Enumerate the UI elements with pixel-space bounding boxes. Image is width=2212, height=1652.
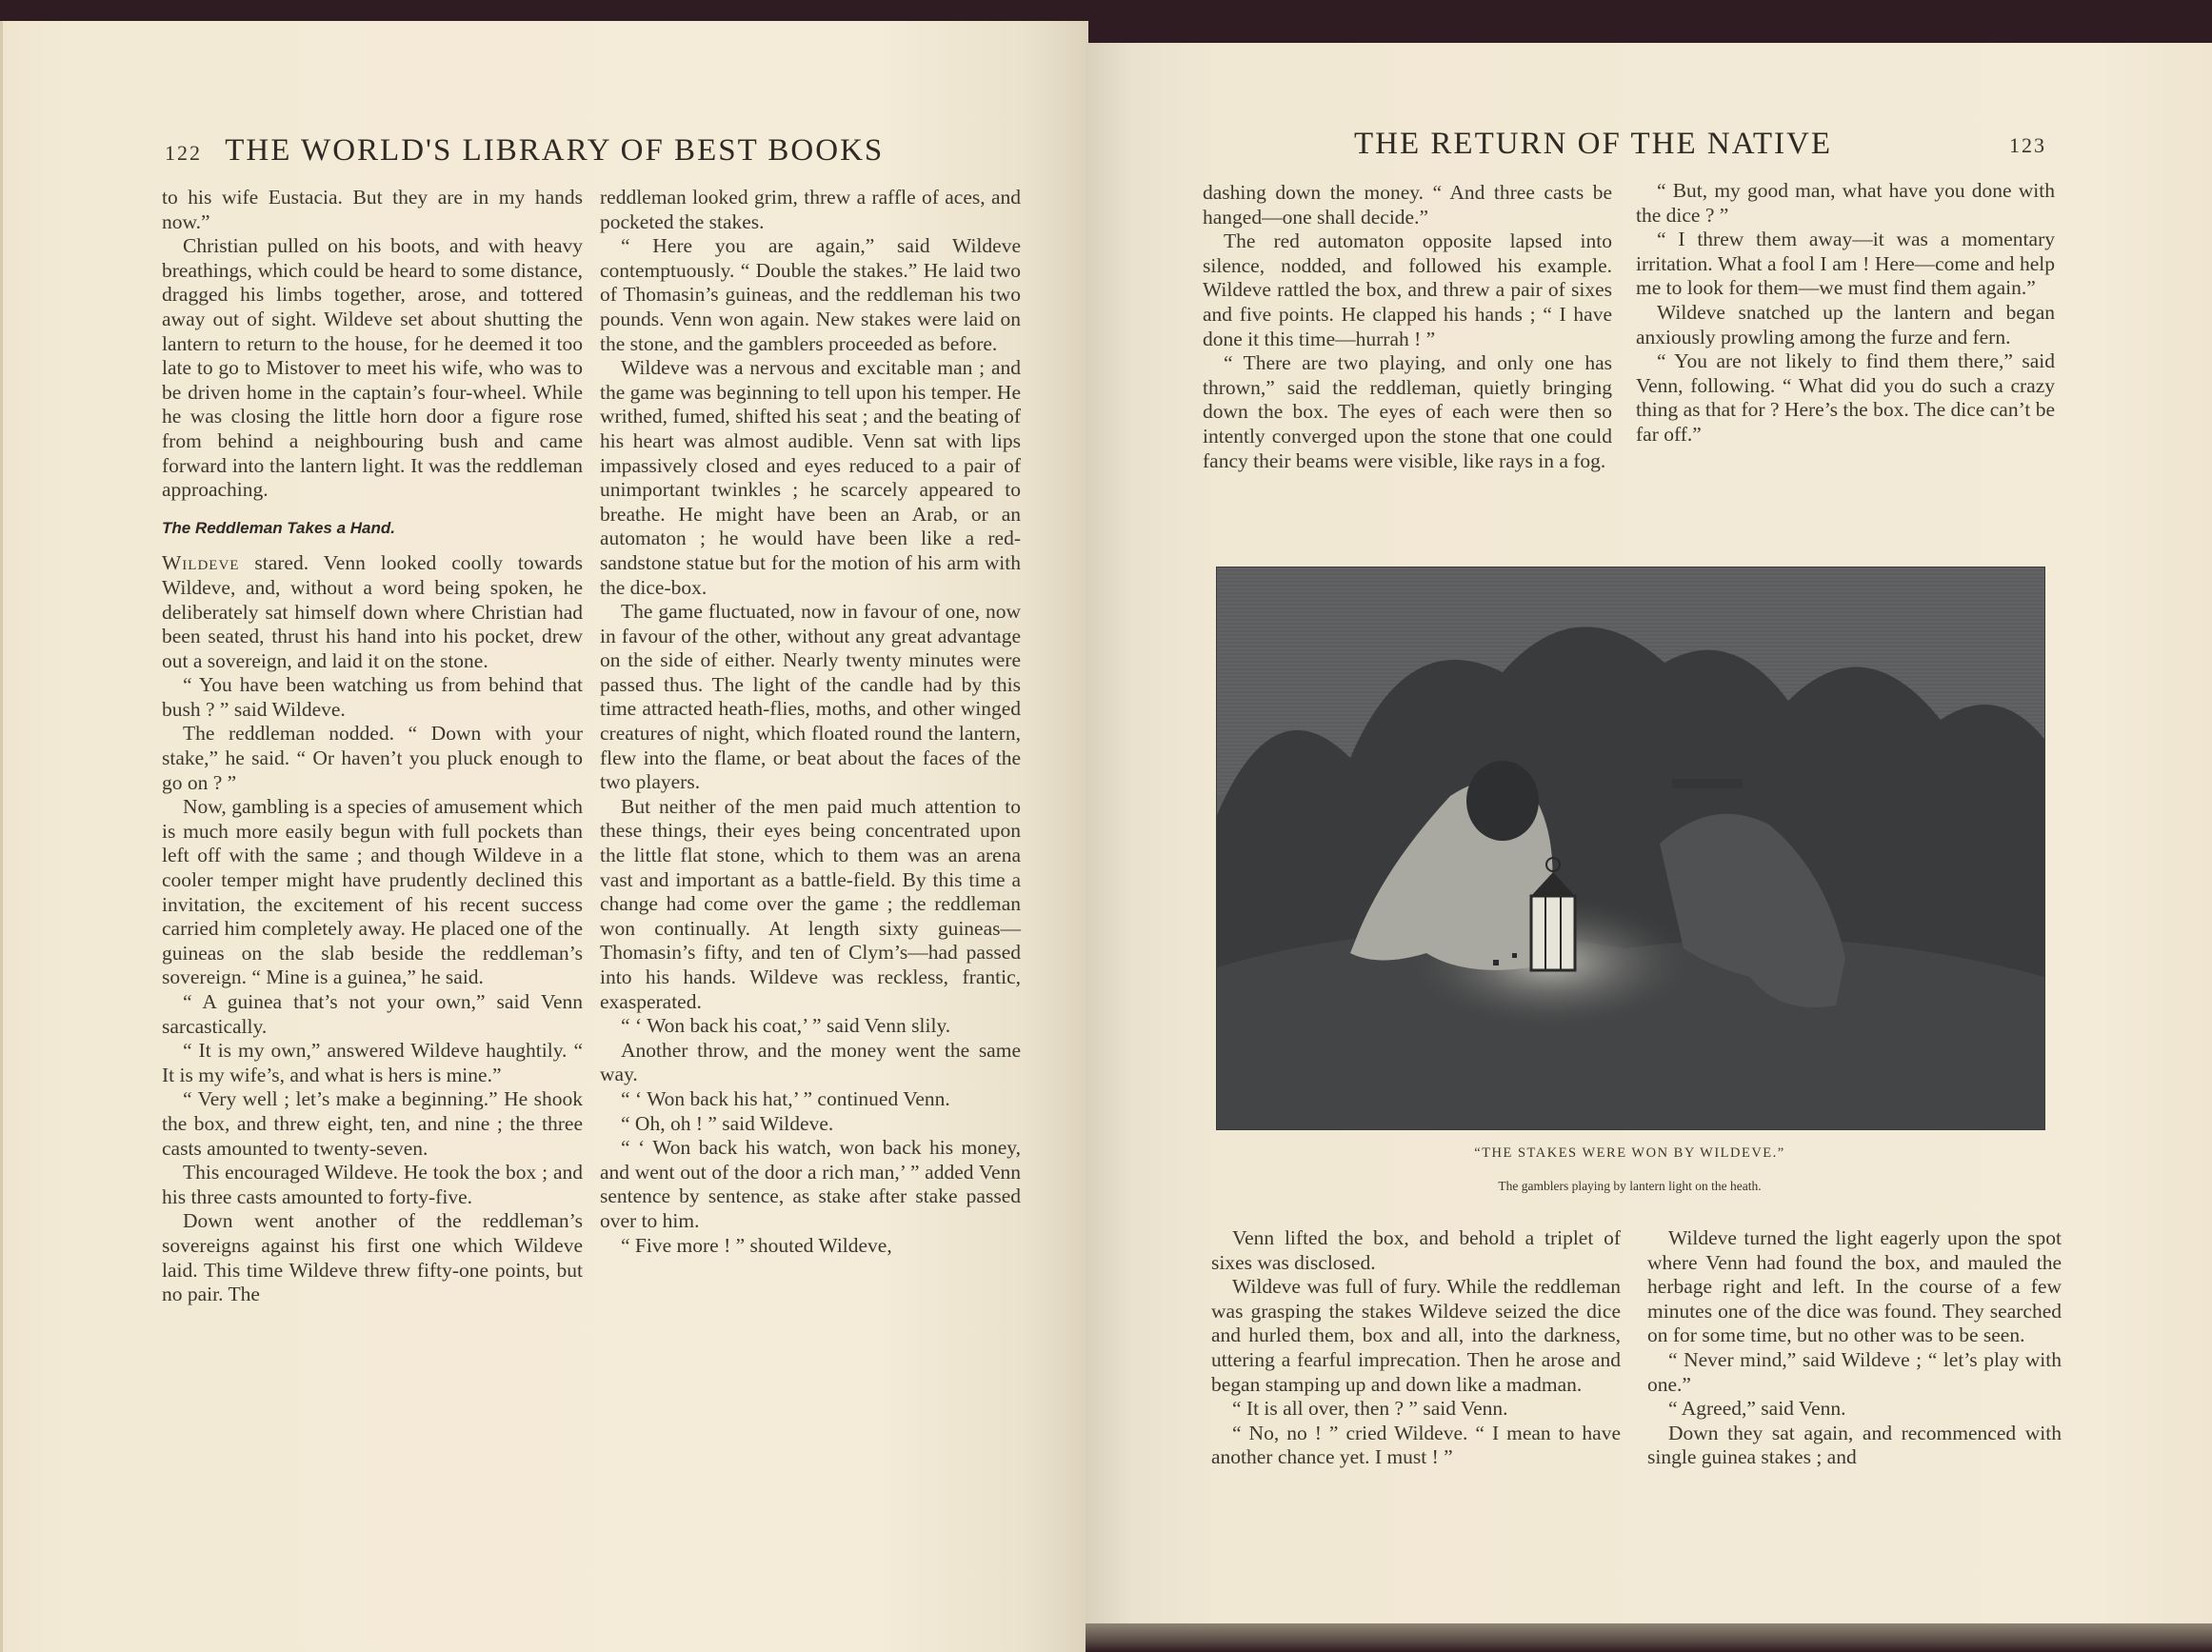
paragraph: Now, gambling is a species of amusement … bbox=[162, 795, 583, 990]
paragraph: “ Very well ; let’s make a beginning.” H… bbox=[162, 1087, 583, 1161]
illustration-caption-title: “THE STAKES WERE WON BY WILDEVE.” bbox=[1216, 1145, 2043, 1162]
paragraph: dashing down the money. “ And three cast… bbox=[1203, 181, 1612, 229]
left-column-2: reddleman looked grim, threw a raffle of… bbox=[600, 186, 1021, 1258]
paragraph: “ Never mind,” said Wildeve ; “ let’s pl… bbox=[1647, 1348, 2062, 1397]
paragraph: “ It is all over, then ? ” said Venn. bbox=[1211, 1397, 1621, 1422]
paragraph: “ I threw them away—it was a momentary i… bbox=[1636, 228, 2055, 301]
gamblers-lantern-engraving-icon bbox=[1217, 567, 2044, 1129]
paragraph: “ ‘ Won back his coat,’ ” said Venn slil… bbox=[600, 1014, 1021, 1039]
right-column-1-top: dashing down the money. “ And three cast… bbox=[1203, 181, 1612, 473]
paragraph: “ You are not likely to find them there,… bbox=[1636, 349, 2055, 447]
right-column-2-top: “ But, my good man, what have you done w… bbox=[1636, 179, 2055, 448]
page-bottom-edge bbox=[1086, 1623, 2212, 1652]
left-column-1: to his wife Eustacia. But they are in my… bbox=[162, 186, 583, 1307]
paragraph: Wildeve turned the light eagerly upon th… bbox=[1647, 1226, 2062, 1348]
paragraph: “ Oh, oh ! ” said Wildeve. bbox=[600, 1112, 1021, 1137]
right-running-title: THE RETURN OF THE NATIVE bbox=[1354, 127, 1832, 161]
right-running-head: THE RETURN OF THE NATIVE bbox=[1354, 127, 1832, 162]
paragraph: This encouraged Wildeve. He took the box… bbox=[162, 1161, 583, 1209]
right-column-2-bottom: Wildeve turned the light eagerly upon th… bbox=[1647, 1226, 2062, 1470]
paragraph: Wildeve snatched up the lantern and bega… bbox=[1636, 301, 2055, 349]
paragraph: “ But, my good man, what have you done w… bbox=[1636, 179, 2055, 228]
paragraph: “ No, no ! ” cried Wildeve. “ I mean to … bbox=[1211, 1422, 1621, 1470]
right-page-number: 123 bbox=[2009, 133, 2046, 158]
paragraph: “ Agreed,” said Venn. bbox=[1647, 1397, 2062, 1422]
paragraph: “ It is my own,” answered Wildeve haught… bbox=[162, 1039, 583, 1087]
paragraph: “ You have been watching us from behind … bbox=[162, 673, 583, 722]
paragraph: But neither of the men paid much attenti… bbox=[600, 795, 1021, 1014]
right-column-1-bottom: Venn lifted the box, and behold a triple… bbox=[1211, 1226, 1621, 1470]
paragraph: to his wife Eustacia. But they are in my… bbox=[162, 186, 583, 234]
paragraph: Venn lifted the box, and behold a triple… bbox=[1211, 1226, 1621, 1275]
engraving-illustration bbox=[1216, 567, 2045, 1130]
paragraph: Wildeve was a nervous and excitable man … bbox=[600, 356, 1021, 600]
illustration-caption-subtitle: The gamblers playing by lantern light on… bbox=[1216, 1179, 2043, 1194]
paragraph: Christian pulled on his boots, and with … bbox=[162, 234, 583, 503]
paragraph: Wildeve was full of fury. While the redd… bbox=[1211, 1275, 1621, 1397]
drop-lead-word: Wildeve bbox=[162, 551, 239, 574]
paragraph: Wildeve stared. Venn looked coolly towar… bbox=[162, 551, 583, 673]
left-running-head: 122 THE WORLD'S LIBRARY OF BEST BOOKS bbox=[165, 133, 884, 169]
paragraph: The reddleman nodded. “ Down with your s… bbox=[162, 722, 583, 795]
paragraph: The game fluctuated, now in favour of on… bbox=[600, 600, 1021, 795]
left-page-number: 122 bbox=[165, 141, 202, 165]
paragraph: “ Five more ! ” shouted Wildeve, bbox=[600, 1234, 1021, 1259]
paragraph: The red automaton opposite lapsed into s… bbox=[1203, 229, 1612, 351]
paragraph: Another throw, and the money went the sa… bbox=[600, 1039, 1021, 1087]
paragraph: “ Here you are again,” said Wildeve cont… bbox=[600, 234, 1021, 356]
paragraph: “ There are two playing, and only one ha… bbox=[1203, 351, 1612, 473]
paragraph: “ A guinea that’s not your own,” said Ve… bbox=[162, 990, 583, 1039]
paragraph: “ ‘ Won back his hat,’ ” continued Venn. bbox=[600, 1087, 1021, 1112]
paragraph: Down they sat again, and recommenced wit… bbox=[1647, 1422, 2062, 1470]
left-running-title: THE WORLD'S LIBRARY OF BEST BOOKS bbox=[225, 133, 884, 168]
paragraph: reddleman looked grim, threw a raffle of… bbox=[600, 186, 1021, 234]
paragraph: Down went another of the reddleman’s sov… bbox=[162, 1209, 583, 1306]
section-subheading: The Reddleman Takes a Hand. bbox=[162, 516, 583, 541]
paragraph: “ ‘ Won back his watch, won back his mon… bbox=[600, 1136, 1021, 1233]
